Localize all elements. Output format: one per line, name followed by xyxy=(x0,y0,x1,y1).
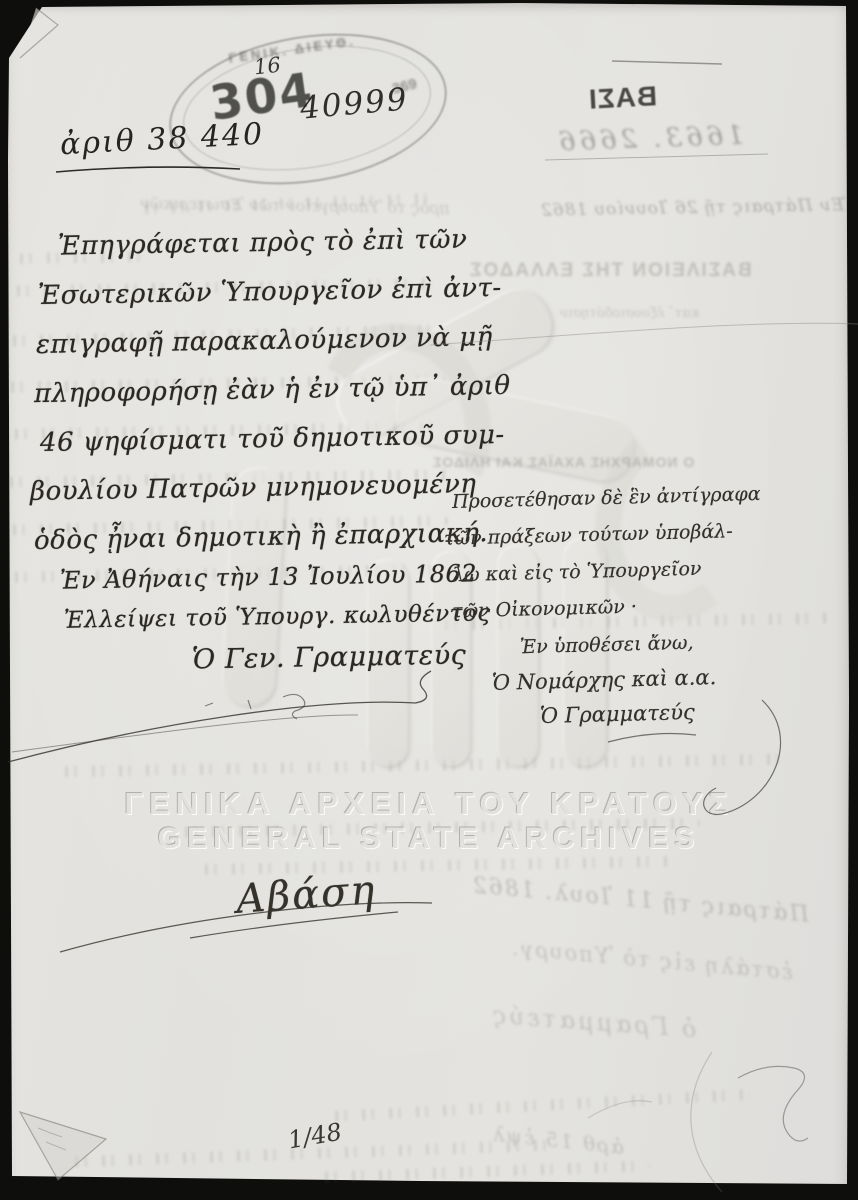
pencil-arc-bottom xyxy=(691,1052,722,1192)
bleedthrough-rule-top xyxy=(612,61,722,64)
pencil-flourish-bottomright xyxy=(738,1066,808,1141)
flourish-overlay xyxy=(0,0,858,1200)
right-scrawl xyxy=(608,734,696,742)
bleedthrough-rule-under-number xyxy=(545,154,768,160)
right-flourish-loop xyxy=(704,700,781,815)
scanned-document-page: ΓΕΝΙΚ. ΔΙΕΥΘ. 369 304 16 40999 ἀριθ 38 4… xyxy=(0,0,858,1200)
secretary-flourish-line xyxy=(8,671,431,762)
secretary-flourish-line-2 xyxy=(12,715,358,752)
pencil-mark-bottom xyxy=(588,1101,652,1118)
registry-underline xyxy=(56,167,240,172)
crease-line xyxy=(430,323,858,345)
signature-flourish xyxy=(60,903,432,952)
fold-corner-bottomleft xyxy=(20,1112,106,1180)
secretary-scribble xyxy=(205,694,305,719)
fold-corner-topleft xyxy=(20,8,58,58)
